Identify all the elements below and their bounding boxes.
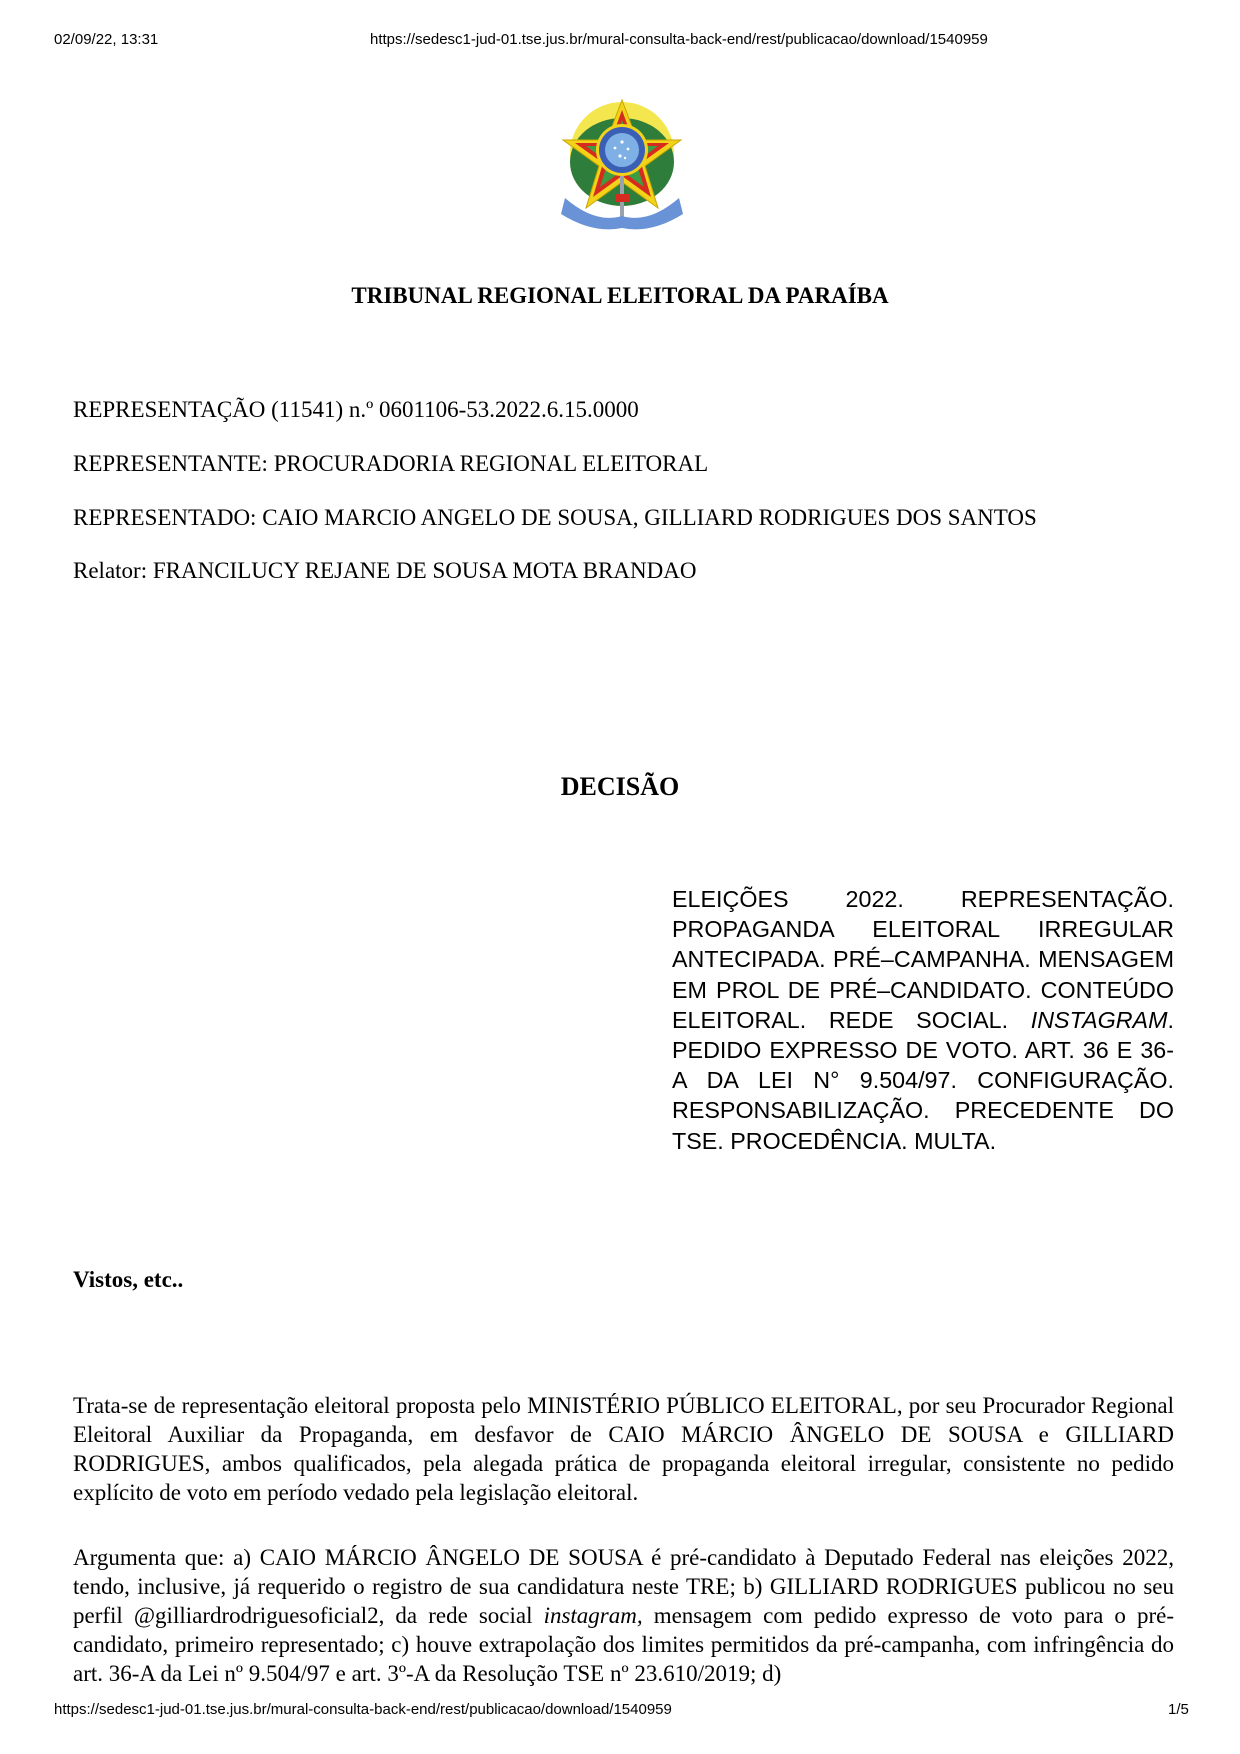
decision-heading: DECISÃO	[0, 772, 1240, 802]
ementa-summary: ELEIÇÕES 2022. REPRESENTAÇÃO. PROPAGANDA…	[672, 884, 1174, 1156]
print-date: 02/09/22, 13:31	[54, 31, 158, 48]
paragraph-2-italic: instagram,	[544, 1603, 643, 1628]
print-header-url: https://sedesc1-jud-01.tse.jus.br/mural-…	[370, 31, 988, 48]
paragraph-1: Trata-se de representação eleitoral prop…	[73, 1391, 1174, 1507]
court-title: TRIBUNAL REGIONAL ELEITORAL DA PARAÍBA	[0, 283, 1240, 309]
print-footer-url: https://sedesc1-jud-01.tse.jus.br/mural-…	[54, 1701, 672, 1718]
paragraph-2: Argumenta que: a) CAIO MÁRCIO ÂNGELO DE …	[73, 1543, 1174, 1688]
case-representante: REPRESENTANTE: PROCURADORIA REGIONAL ELE…	[73, 451, 708, 477]
case-relator: Relator: FRANCILUCY REJANE DE SOUSA MOTA…	[73, 558, 696, 584]
case-number: REPRESENTAÇÃO (11541) n.º 0601106-53.202…	[73, 397, 639, 423]
case-representado: REPRESENTADO: CAIO MARCIO ANGELO DE SOUS…	[73, 505, 1037, 531]
vistos-heading: Vistos, etc..	[73, 1267, 183, 1293]
page-number: 1/5	[1168, 1701, 1189, 1718]
ementa-italic: INSTAGRAM	[1031, 1007, 1168, 1033]
brazil-coat-of-arms-icon	[555, 96, 689, 234]
